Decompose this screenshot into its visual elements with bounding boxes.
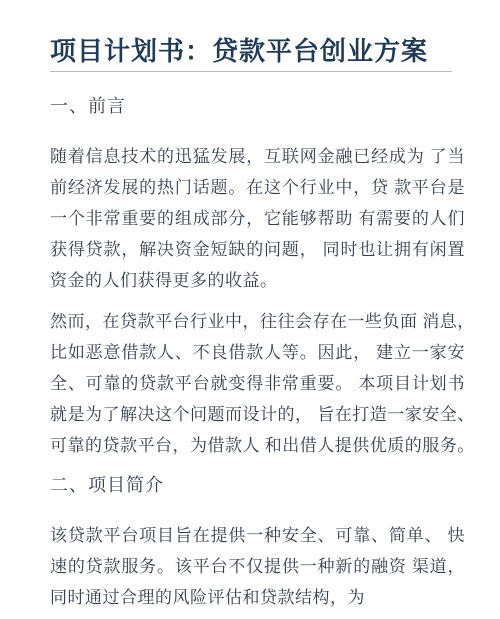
- document-page: 项目计划书：贷款平台创业方案 一、前言 随着信息技术的迅猛发展，互联网金融已经成…: [0, 0, 500, 619]
- title-underline-divider: [50, 71, 452, 72]
- section-project-intro: 二、项目简介 该贷款平台项目旨在提供一种安全、可靠、简单、 快速的贷款服务。该平…: [50, 473, 465, 613]
- section-heading-preface: 一、前言: [50, 94, 465, 119]
- text-line: 获得贷款，解决资金短缺的问题， 同时也让拥有闲置: [50, 234, 465, 265]
- document-title: 项目计划书：贷款平台创业方案: [50, 36, 465, 66]
- text-line: 资金的人们获得更多的收益。: [50, 265, 465, 296]
- text-line: 一个非常重要的组成部分，它能够帮助 有需要的人们: [50, 203, 465, 234]
- text-line: 该贷款平台项目旨在提供一种安全、可靠、简单、 快: [50, 520, 465, 551]
- text-line: 前经济发展的热门话题。在这个行业中，贷 款平台是: [50, 172, 465, 203]
- section-heading-project-intro: 二、项目简介: [50, 473, 465, 498]
- paragraph: 随着信息技术的迅猛发展，互联网金融已经成为 了当前经济发展的热门话题。在这个行业…: [50, 141, 465, 296]
- text-line: 可靠的贷款平台，为借款人 和出借人提供优质的服务。: [50, 430, 465, 461]
- text-line: 全、可靠的贷款平台就变得非常重要。 本项目计划书: [50, 368, 465, 399]
- section-preface: 一、前言 随着信息技术的迅猛发展，互联网金融已经成为 了当前经济发展的热门话题。…: [50, 94, 465, 461]
- text-line: 然而，在贷款平台行业中，往往会存在一些负面 消息，: [50, 306, 465, 337]
- text-line: 随着信息技术的迅猛发展，互联网金融已经成为 了当: [50, 141, 465, 172]
- text-line: 就是为了解决这个问题而设计的， 旨在打造一家安全、: [50, 399, 465, 430]
- text-line: 速的贷款服务。该平台不仅提供一种新的融资 渠道，: [50, 551, 465, 582]
- paragraph: 然而，在贷款平台行业中，往往会存在一些负面 消息，比如恶意借款人、不良借款人等。…: [50, 306, 465, 461]
- text-line: 同时通过合理的风险评估和贷款结构，为: [50, 582, 465, 613]
- paragraph: 该贷款平台项目旨在提供一种安全、可靠、简单、 快速的贷款服务。该平台不仅提供一种…: [50, 520, 465, 613]
- text-line: 比如恶意借款人、不良借款人等。因此， 建立一家安: [50, 337, 465, 368]
